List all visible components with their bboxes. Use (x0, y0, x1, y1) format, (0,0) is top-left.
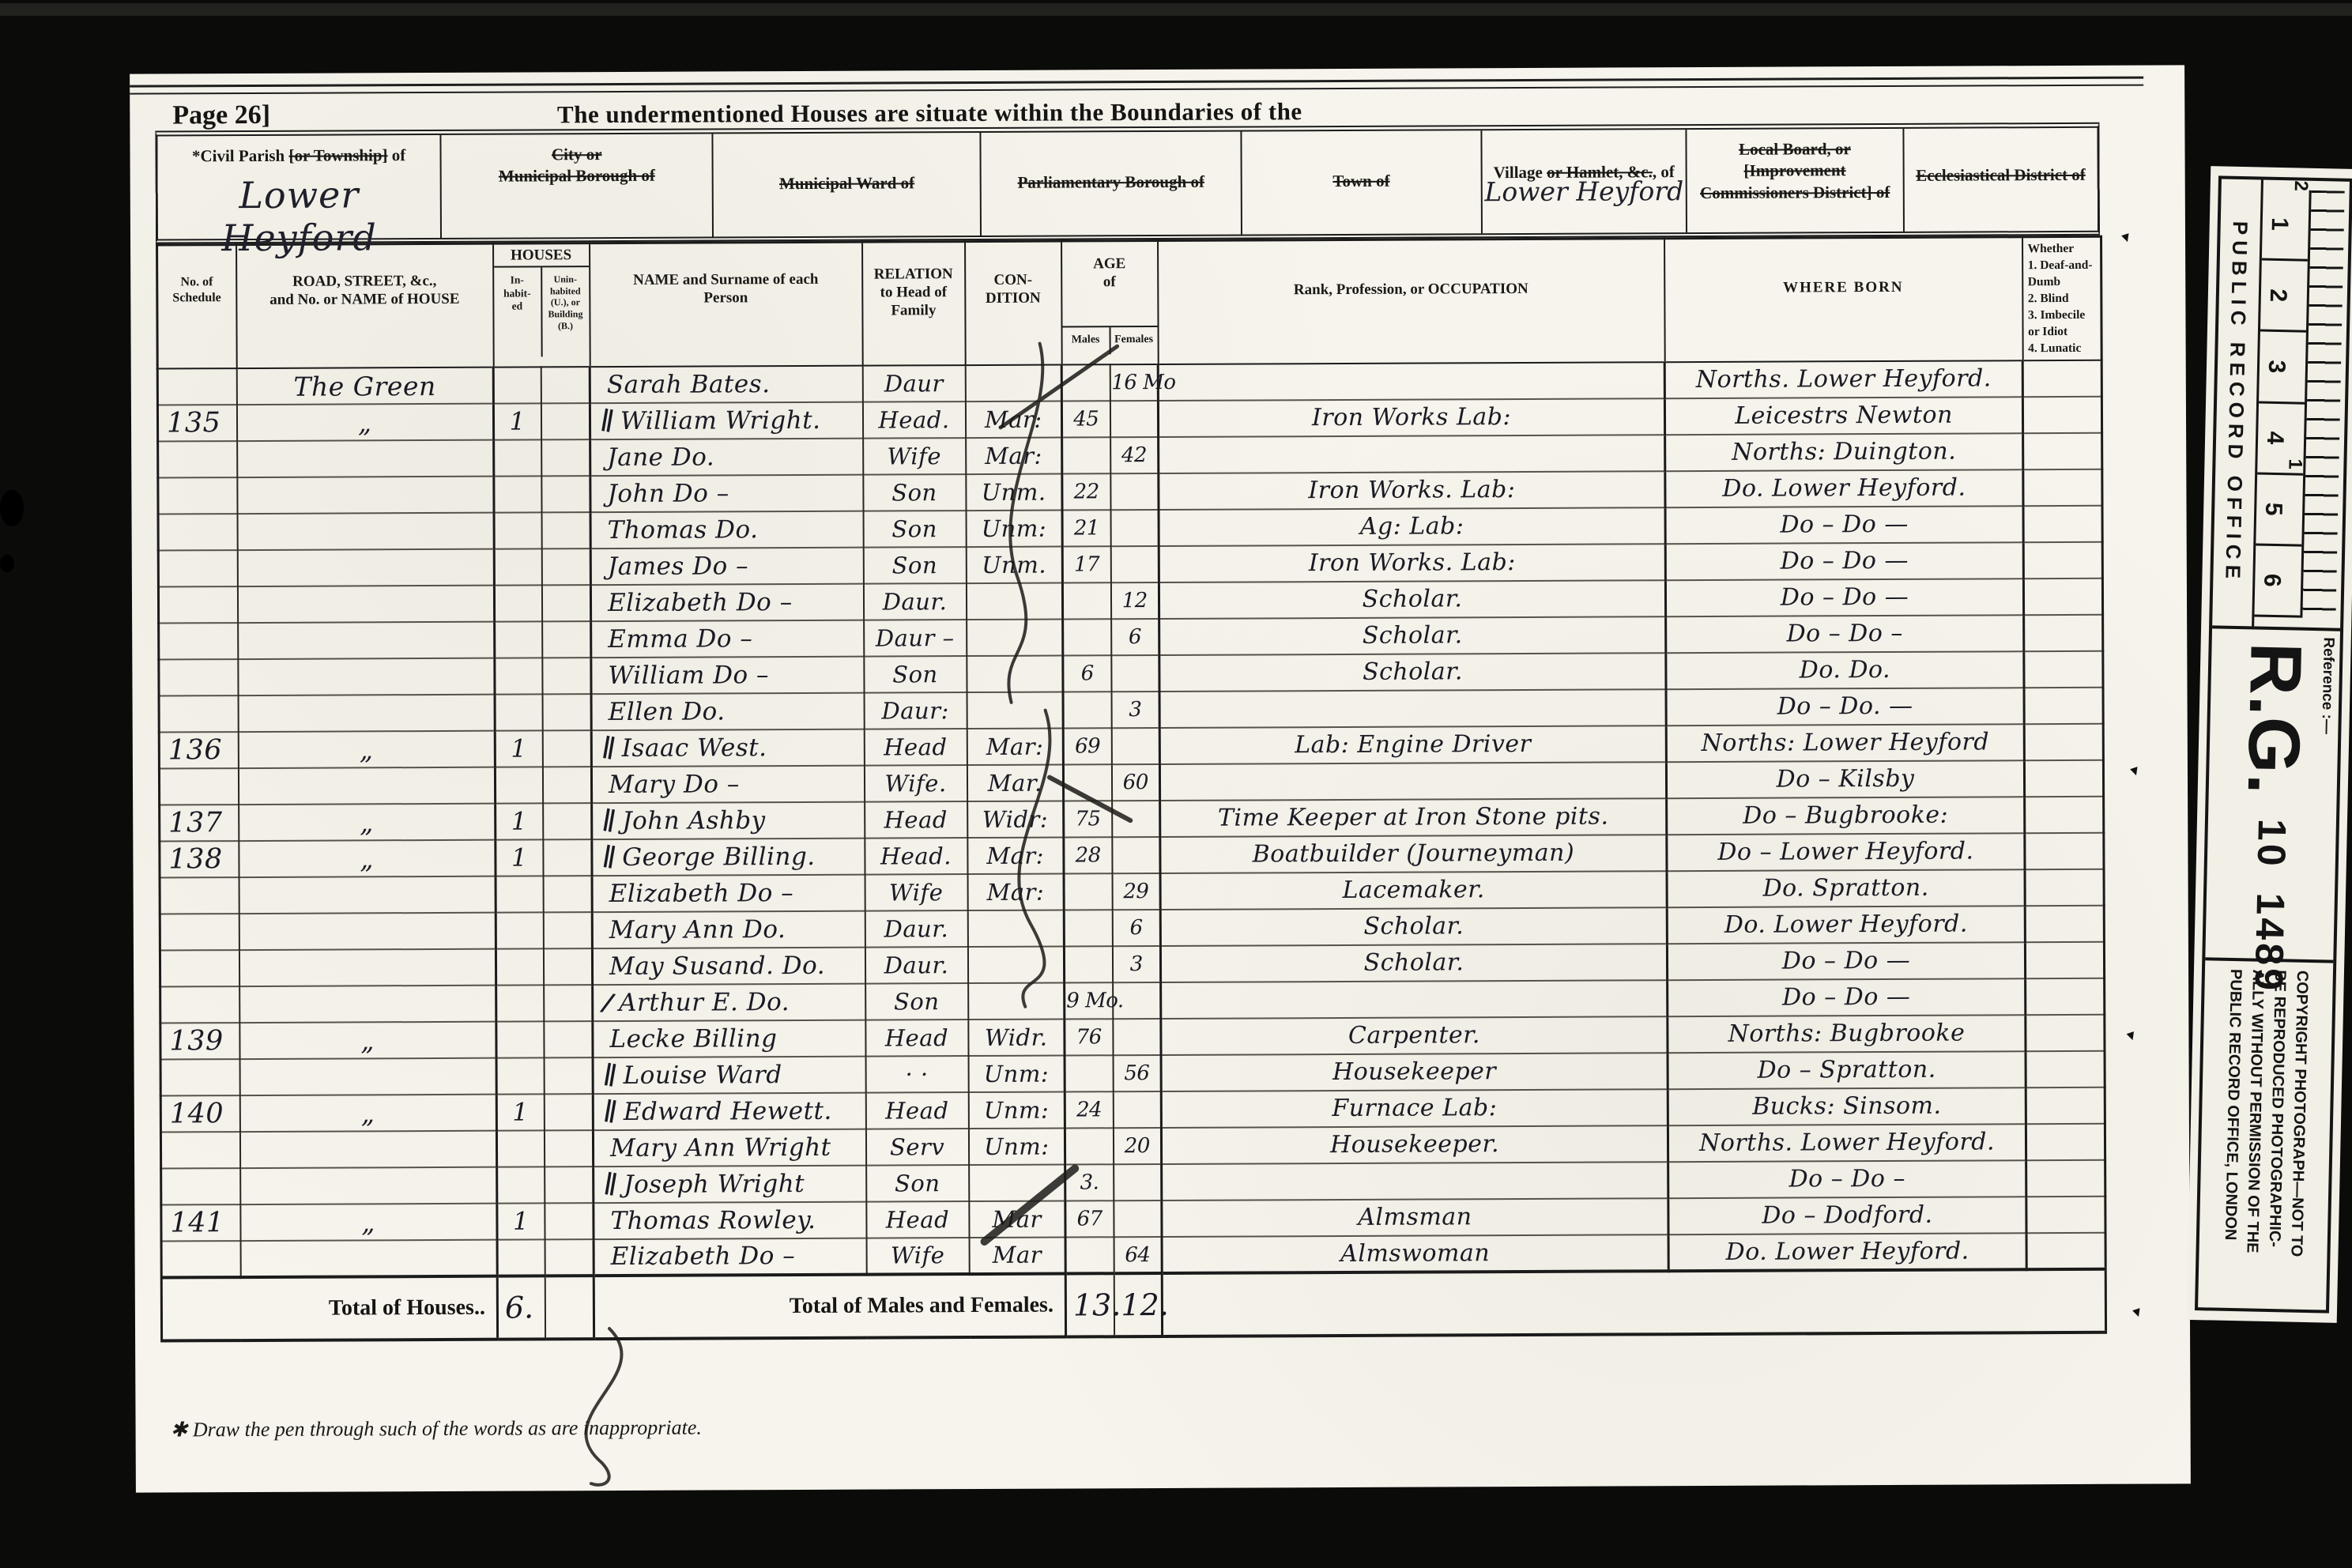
inhabited-cell: 1 (495, 731, 542, 767)
where-born-cell: Do – Lower Heyford. (1667, 834, 2025, 872)
inhabited-cell (497, 1167, 545, 1204)
age-male-cell (1062, 438, 1110, 474)
schedule-cell (161, 1169, 240, 1205)
census-page-scan: { "page": { "label": "Page 26]", "title"… (0, 0, 2352, 1568)
age-female-cell: 20 (1113, 1128, 1161, 1164)
town-label: Town of (1332, 171, 1389, 190)
uninhabited-cell (541, 477, 590, 513)
occupation-cell: Scholar. (1159, 654, 1666, 692)
schedule-cell: 140 (160, 1096, 239, 1133)
uninhabited-cell (542, 695, 591, 731)
inhabited-cell (496, 1022, 544, 1058)
road-cell (237, 549, 494, 586)
relation-cell: Daur. (863, 584, 966, 621)
occupation-cell: Scholar. (1159, 581, 1665, 620)
condition-cell (966, 583, 1062, 620)
where-born-cell: Do. Lower Heyford. (1668, 1234, 2026, 1272)
age-female-cell: 6 (1111, 619, 1159, 655)
column-header-row: No. of Schedule ROAD, STREET, &c., and N… (157, 236, 2102, 369)
infirmity-cell (2025, 833, 2104, 869)
uninhabited-cell (542, 731, 591, 767)
uninhabited-cell (545, 1204, 594, 1240)
occupation-cell: Scholar. (1159, 617, 1666, 656)
occupation-cell: Housekeeper (1161, 1053, 1668, 1092)
inhabited-cell: 1 (497, 1204, 545, 1240)
ruler-cm-number: 1 (2262, 190, 2309, 262)
uninhabited-cell (541, 367, 590, 404)
condition-cell (967, 947, 1064, 984)
occupation-cell: Ag: Lab: (1159, 508, 1665, 547)
inhabited-cell (496, 949, 543, 986)
road-cell (240, 1240, 497, 1277)
occupation-cell (1159, 435, 1665, 474)
age-male-cell (1063, 692, 1111, 729)
person-name: Thomas Rowley. (610, 1206, 816, 1235)
road-cell (240, 1167, 497, 1204)
schedule-cell: 137 (160, 805, 239, 842)
schedule-cell (158, 442, 237, 478)
age-female-cell (1110, 510, 1159, 546)
film-blob (0, 490, 24, 526)
relation-cell: Wife (865, 875, 967, 912)
age-male-cell: 3. (1065, 1165, 1114, 1201)
occupation-cell: Carpenter. (1161, 1017, 1668, 1056)
inhabited-cell (496, 986, 544, 1022)
infirmity-cell (2026, 1015, 2105, 1051)
uninhabited-cell (544, 1022, 593, 1058)
relation-cell: Son (864, 657, 967, 694)
occupation-cell: Lab: Engine Driver (1159, 726, 1666, 765)
where-born-cell: Do – Spratton. (1668, 1052, 2026, 1090)
district-cell-civil-parish: *Civil Parish [or Township] of Lower Hey… (157, 135, 442, 239)
person-name: Elizabeth Do – (611, 1242, 796, 1271)
occupation-cell (1159, 690, 1666, 729)
age-male-cell: 67 (1065, 1201, 1114, 1238)
where-born-cell: Do. Spratton. (1667, 870, 2025, 908)
name-cell: Mary Ann Do. (592, 911, 865, 949)
inhabited-cell (495, 695, 542, 731)
occupation-cell (1162, 1163, 1668, 1201)
district-header: *Civil Parish [or Township] of Lower Hey… (155, 122, 2100, 244)
age-female-cell: 3 (1111, 692, 1159, 728)
pro-stamp-strip: 12 123456 PUBLIC RECORD OFFICE Reference… (2187, 166, 2352, 1323)
uninhabited-cell (541, 440, 590, 477)
where-born-cell: Norths. Lower Heyford. (1664, 361, 2022, 399)
stamp-reference-section: Reference :— R.G. 10 1489 (2205, 628, 2340, 963)
record-piece-number: 1489 (2245, 892, 2294, 993)
inhabited-cell (495, 658, 542, 695)
name-cell: Ellen Do. (591, 693, 864, 731)
age-female-cell (1114, 1200, 1162, 1237)
where-born-cell: Do – Do – (1666, 616, 2024, 654)
page-header: Page 26] The undermentioned Houses are s… (155, 66, 2099, 131)
uninhabited-cell (541, 586, 590, 622)
age-female-cell (1114, 1164, 1162, 1200)
where-born-cell: Do. Lower Heyford. (1667, 906, 2025, 944)
infirmity-cell (2023, 433, 2102, 469)
age-male-cell (1065, 1238, 1114, 1274)
ruler-cm-number: 6 (2254, 545, 2301, 617)
occupation-cell: Almswoman (1162, 1235, 1668, 1274)
name-cell: Elizabeth Do – (594, 1238, 866, 1276)
infirmity-cell (2025, 797, 2104, 833)
where-born-cell: Do – Kilsby (1666, 761, 2024, 799)
form-title: The undermentioned Houses are situate wi… (495, 97, 1364, 130)
household-mark: ∕ (601, 990, 615, 1016)
schedule-cell (158, 551, 237, 587)
inhabited-cell (497, 1240, 545, 1276)
person-name: Arthur E. Do. (619, 988, 790, 1017)
relation-cell: Head. (862, 402, 965, 439)
inhabited-cell: 1 (496, 804, 543, 840)
total-females-value: 12. (1114, 1273, 1162, 1336)
infirmity-cell (2026, 1197, 2105, 1233)
inhabited-cell (495, 622, 542, 658)
age-male-cell (1065, 1129, 1113, 1165)
household-mark: ∥ (601, 1063, 619, 1089)
uninhabited-cell (543, 876, 592, 913)
relation-cell: Head. (865, 839, 967, 876)
name-cell: Thomas Rowley. (594, 1202, 866, 1240)
age-group-label: AGE of (1062, 242, 1157, 326)
where-born-cell: Do. Do. (1666, 652, 2024, 690)
relation-cell: · · (865, 1057, 968, 1094)
age-female-cell: 64 (1114, 1237, 1162, 1273)
name-cell: William Do – (591, 657, 864, 695)
where-born-cell: Norths: Lower Heyford (1666, 725, 2024, 763)
where-born-cell: Do. Lower Heyford. (1665, 470, 2023, 508)
pro-stamp: 12 123456 PUBLIC RECORD OFFICE Reference… (2187, 166, 2352, 1323)
where-born-cell: Do – Do — (1665, 507, 2023, 545)
where-born-cell: Leicestrs Newton (1664, 398, 2022, 435)
where-born-cell: Do – Bugbrooke: (1667, 797, 2025, 835)
stamp-ruler: 12 123456 PUBLIC RECORD OFFICE (2212, 179, 2350, 631)
infirmity-cell (2025, 942, 2104, 978)
check-mark: ▾ (2128, 760, 2141, 782)
uninhabited-cell (544, 1058, 593, 1095)
name-cell: Elizabeth Do – (590, 584, 863, 622)
road-cell (239, 1058, 496, 1095)
inhabited-cell (494, 549, 541, 586)
person-name: Mary Ann Do. (609, 915, 786, 944)
road-cell (239, 1131, 496, 1168)
household-mark: ∥ (601, 808, 618, 835)
relation-cell: Head (864, 729, 967, 767)
household-mark: ∥ (602, 1172, 620, 1198)
infirmity-cell (2022, 397, 2101, 433)
person-name: Elizabeth Do – (609, 879, 794, 908)
age-male-cell (1064, 947, 1112, 983)
age-male-cell (1064, 874, 1112, 910)
condition-cell (967, 620, 1063, 657)
occupation-cell: Housekeeper. (1161, 1126, 1668, 1165)
total-uninhabited-cell (545, 1276, 594, 1340)
name-cell: May Susand. Do. (592, 948, 865, 986)
condition-cell: Widr: (967, 801, 1064, 839)
road-cell (237, 586, 494, 623)
condition-cell: Unm: (968, 1092, 1065, 1129)
person-name: William Wright. (620, 406, 821, 435)
relation-cell: Son (866, 1166, 969, 1203)
column-header-name: NAME and Surname of each Person (590, 242, 863, 367)
inhabited-cell (494, 440, 541, 477)
age-male-cell: 9 Mo. (1065, 983, 1113, 1020)
relation-cell: Wife. (864, 766, 967, 803)
name-cell: ∥William Wright. (590, 402, 862, 440)
age-male-cell: 45 (1061, 401, 1110, 438)
where-born-cell: Do – Do — (1668, 979, 2026, 1017)
where-born-cell: Do – Do — (1667, 943, 2025, 981)
occupation-cell: Scholar. (1160, 944, 1667, 983)
schedule-cell (160, 1133, 239, 1169)
name-cell: Lecke Billing (593, 1020, 865, 1058)
name-cell: ∥George Billing. (592, 839, 865, 876)
schedule-cell (159, 769, 238, 805)
condition-cell: Mar (969, 1201, 1065, 1238)
inhabited-cell (496, 1131, 544, 1167)
census-table: No. of Schedule ROAD, STREET, &c., and N… (156, 236, 2107, 1343)
where-born-cell: Do – Do — (1665, 579, 2023, 617)
column-header-age: AGE of Males Females (1061, 241, 1159, 365)
condition-cell: Mar (969, 1238, 1065, 1275)
schedule-cell (158, 478, 237, 514)
occupation-cell: Boatbuilder (Journeyman) (1160, 835, 1667, 874)
schedule-cell: 141 (161, 1205, 240, 1242)
name-cell: Jane Do. (590, 439, 863, 477)
city-borough-label: City or Municipal Borough of (499, 145, 655, 186)
occupation-cell: Time Keeper at Iron Stone pits. (1160, 799, 1667, 838)
uninhabited-cell (543, 949, 592, 986)
relation-cell: Son (863, 475, 966, 512)
age-female-cell (1112, 801, 1160, 837)
footnote: ✱ Draw the pen through such of the words… (171, 1410, 2105, 1442)
condition-cell: Unm: (968, 1129, 1065, 1166)
column-header-relation: RELATION to Head of Family (862, 242, 966, 367)
road-cell: „ (239, 1022, 496, 1059)
condition-cell: Mar: (966, 438, 1062, 475)
infirmity-cell (2023, 542, 2102, 579)
age-female-cell: 12 (1110, 582, 1159, 619)
ruler-inch-number: 1 (2283, 458, 2305, 469)
person-name: Ellen Do. (609, 697, 726, 726)
census-form-paper: Page 26] The undermentioned Houses are s… (130, 65, 2191, 1492)
road-cell (238, 695, 495, 732)
age-male-cell: 21 (1062, 511, 1110, 547)
uninhabited-cell (541, 404, 590, 440)
schedule-cell (161, 1242, 240, 1278)
occupation-cell: Almsman (1162, 1199, 1668, 1238)
condition-cell (967, 692, 1063, 729)
uninhabited-cell (544, 1095, 593, 1131)
infirmity-cell (2026, 1124, 2105, 1160)
name-cell: ∕Arthur E. Do. (593, 984, 865, 1022)
check-mark: ▾ (2130, 1302, 2143, 1323)
person-name: May Susand. Do. (609, 952, 825, 981)
schedule-cell (160, 878, 239, 914)
inhabited-cell (496, 876, 543, 913)
column-header-road: ROAD, STREET, &c., and No. or NAME of HO… (236, 243, 494, 368)
occupation-cell: Iron Works. Lab: (1159, 545, 1665, 583)
age-female-cell: 42 (1110, 437, 1159, 473)
schedule-cell (159, 624, 238, 660)
road-cell (239, 986, 496, 1023)
condition-cell: Widr. (968, 1020, 1065, 1057)
column-header-schedule: No. of Schedule (157, 245, 237, 369)
census-rows: The Green Sarah Bates. Daur 16 Mo Norths… (157, 360, 2105, 1278)
occupation-cell: Iron Works Lab: (1158, 399, 1664, 438)
name-cell: Mary Ann Wright (593, 1129, 865, 1167)
inhabited-cell (494, 477, 541, 513)
age-male-cell: 28 (1064, 838, 1112, 874)
parliamentary-borough-label: Parliamentary Borough of (1017, 172, 1204, 192)
road-cell (239, 876, 496, 914)
road-cell: „ (240, 1204, 497, 1241)
totals-row: Total of Houses.. 6. Total of Males and … (161, 1269, 2105, 1341)
inhabited-cell (496, 913, 543, 949)
person-name: Mary Ann Wright (610, 1133, 831, 1163)
schedule-cell: 139 (160, 1023, 239, 1060)
infirmity-cell (2023, 579, 2102, 615)
column-header-occupation: Rank, Profession, or OCCUPATION (1158, 239, 1665, 365)
name-cell: Elizabeth Do – (592, 875, 865, 913)
age-male-cell: 17 (1062, 547, 1110, 583)
local-board-label: Local Board, or [Improvement Commissione… (1700, 139, 1890, 202)
condition-cell (967, 910, 1064, 948)
schedule-cell (160, 951, 239, 987)
relation-cell: Daur. (865, 948, 967, 985)
uninhabited-cell (541, 513, 590, 549)
ruler-cm-numbers: 123456 (2254, 190, 2309, 618)
condition-cell: Mar: (965, 401, 1061, 439)
schedule-cell (158, 514, 237, 551)
where-born-cell: Bucks: Sinsom. (1668, 1088, 2026, 1126)
person-name: Edward Hewett. (624, 1097, 832, 1126)
condition-cell: Unm. (966, 474, 1062, 511)
age-male-cell: 22 (1062, 474, 1110, 511)
occupation-cell (1158, 363, 1664, 401)
occupation-cell: Furnace Lab: (1161, 1090, 1668, 1129)
infirmity-cell (2024, 651, 2103, 688)
household-mark: ∥ (601, 1099, 619, 1125)
uninhabited-cell (545, 1167, 594, 1204)
total-males-females-label: Total of Males and Females. (594, 1274, 1065, 1340)
infirmity-cell (2026, 978, 2105, 1015)
schedule-cell: 136 (159, 733, 238, 769)
infirmity-cell (2022, 360, 2101, 397)
age-male-cell (1061, 365, 1110, 401)
condition-cell (965, 365, 1061, 402)
relation-cell: Head (865, 1093, 968, 1130)
household-mark: ∥ (599, 409, 616, 435)
road-cell (237, 513, 494, 550)
name-cell: Mary Do – (591, 766, 864, 804)
occupation-cell (1161, 981, 1668, 1020)
road-cell: „ (239, 1095, 496, 1132)
ruler-cm-number: 5 (2256, 474, 2303, 546)
age-female-cell: 6 (1112, 910, 1160, 946)
age-female-cell: 60 (1111, 764, 1159, 801)
where-born-cell: Norths: Duington. (1665, 434, 2023, 472)
occupation-cell: Scholar. (1160, 908, 1667, 947)
age-male-cell: 69 (1063, 729, 1111, 765)
film-strip-edge (0, 3, 2352, 16)
record-series: R.G. (2237, 642, 2312, 796)
infirmity-cell (2023, 469, 2102, 506)
district-cell-local-board: Local Board, or [Improvement Commissione… (1687, 129, 1905, 232)
uninhabited-cell (543, 804, 592, 840)
relation-cell: Daur (862, 366, 965, 403)
inhabited-cell: 1 (493, 404, 541, 440)
schedule-cell: 138 (160, 842, 239, 878)
household-mark: ∥ (601, 845, 618, 871)
copyright-notice: COPYRIGHT PHOTOGRAPH—NOT TO BE REPRODUCE… (2198, 960, 2333, 1310)
inhabited-cell: 1 (496, 840, 543, 876)
total-houses-label: Total of Houses.. (161, 1276, 497, 1341)
relation-cell: Daur. (865, 911, 967, 948)
uninhabited-cell (541, 549, 590, 586)
name-cell: ∥Isaac West. (591, 729, 864, 767)
age-female-cell (1111, 655, 1159, 692)
person-name: Jane Do. (607, 443, 714, 472)
condition-cell: Mar. (967, 765, 1063, 802)
infirmity-cell (2025, 869, 2104, 906)
municipal-ward-label: Municipal Ward of (779, 173, 914, 193)
age-female-cell: 29 (1112, 873, 1160, 910)
reference-label: Reference :— (2317, 637, 2337, 734)
uninhabited-cell (545, 1240, 594, 1276)
age-female-cell: 16 Mo (1110, 364, 1158, 401)
condition-cell: Unm. (966, 547, 1062, 584)
infirmity-cell (2024, 760, 2103, 797)
schedule-cell (158, 587, 237, 624)
occupation-cell: Lacemaker. (1160, 872, 1667, 910)
age-male-cell: 24 (1065, 1092, 1113, 1129)
relation-cell: Daur – (864, 620, 967, 658)
relation-cell: Serv (865, 1129, 968, 1167)
person-name: John Do – (607, 479, 729, 508)
inhabited-cell (496, 1058, 544, 1095)
condition-cell: Mar: (967, 729, 1063, 766)
inhabited-cell (494, 586, 541, 622)
person-name: George Billing. (622, 842, 815, 872)
age-female-cell (1110, 473, 1159, 510)
road-cell (238, 767, 495, 805)
infirmity-cell (2024, 724, 2103, 760)
schedule-cell (160, 914, 239, 951)
uninhabited-cell (543, 840, 592, 876)
uninhabited-label: Unin- habited (U.), or Building (B.) (542, 267, 590, 357)
person-name: Elizabeth Do – (608, 588, 793, 617)
condition-cell (969, 1165, 1065, 1202)
village-value: Lower Heyford (1483, 175, 1687, 207)
ruler-inch-number: 2 (2290, 180, 2312, 191)
relation-cell: Wife (863, 439, 966, 476)
age-male-cell (1063, 765, 1111, 801)
houses-group-label: HOUSES (494, 244, 589, 268)
inhabited-cell (494, 513, 541, 549)
where-born-cell: Norths. Lower Heyford. (1668, 1125, 2026, 1163)
uninhabited-cell (544, 1131, 593, 1167)
females-label: Females (1110, 327, 1157, 354)
infirmity-cell (2026, 1233, 2105, 1269)
relation-cell: Head (865, 1020, 968, 1057)
schedule-cell (160, 1060, 239, 1096)
relation-cell: Son (863, 548, 966, 585)
age-female-cell (1110, 546, 1159, 582)
road-cell: The Green (236, 367, 493, 405)
condition-cell (968, 983, 1065, 1020)
uninhabited-cell (542, 767, 591, 804)
